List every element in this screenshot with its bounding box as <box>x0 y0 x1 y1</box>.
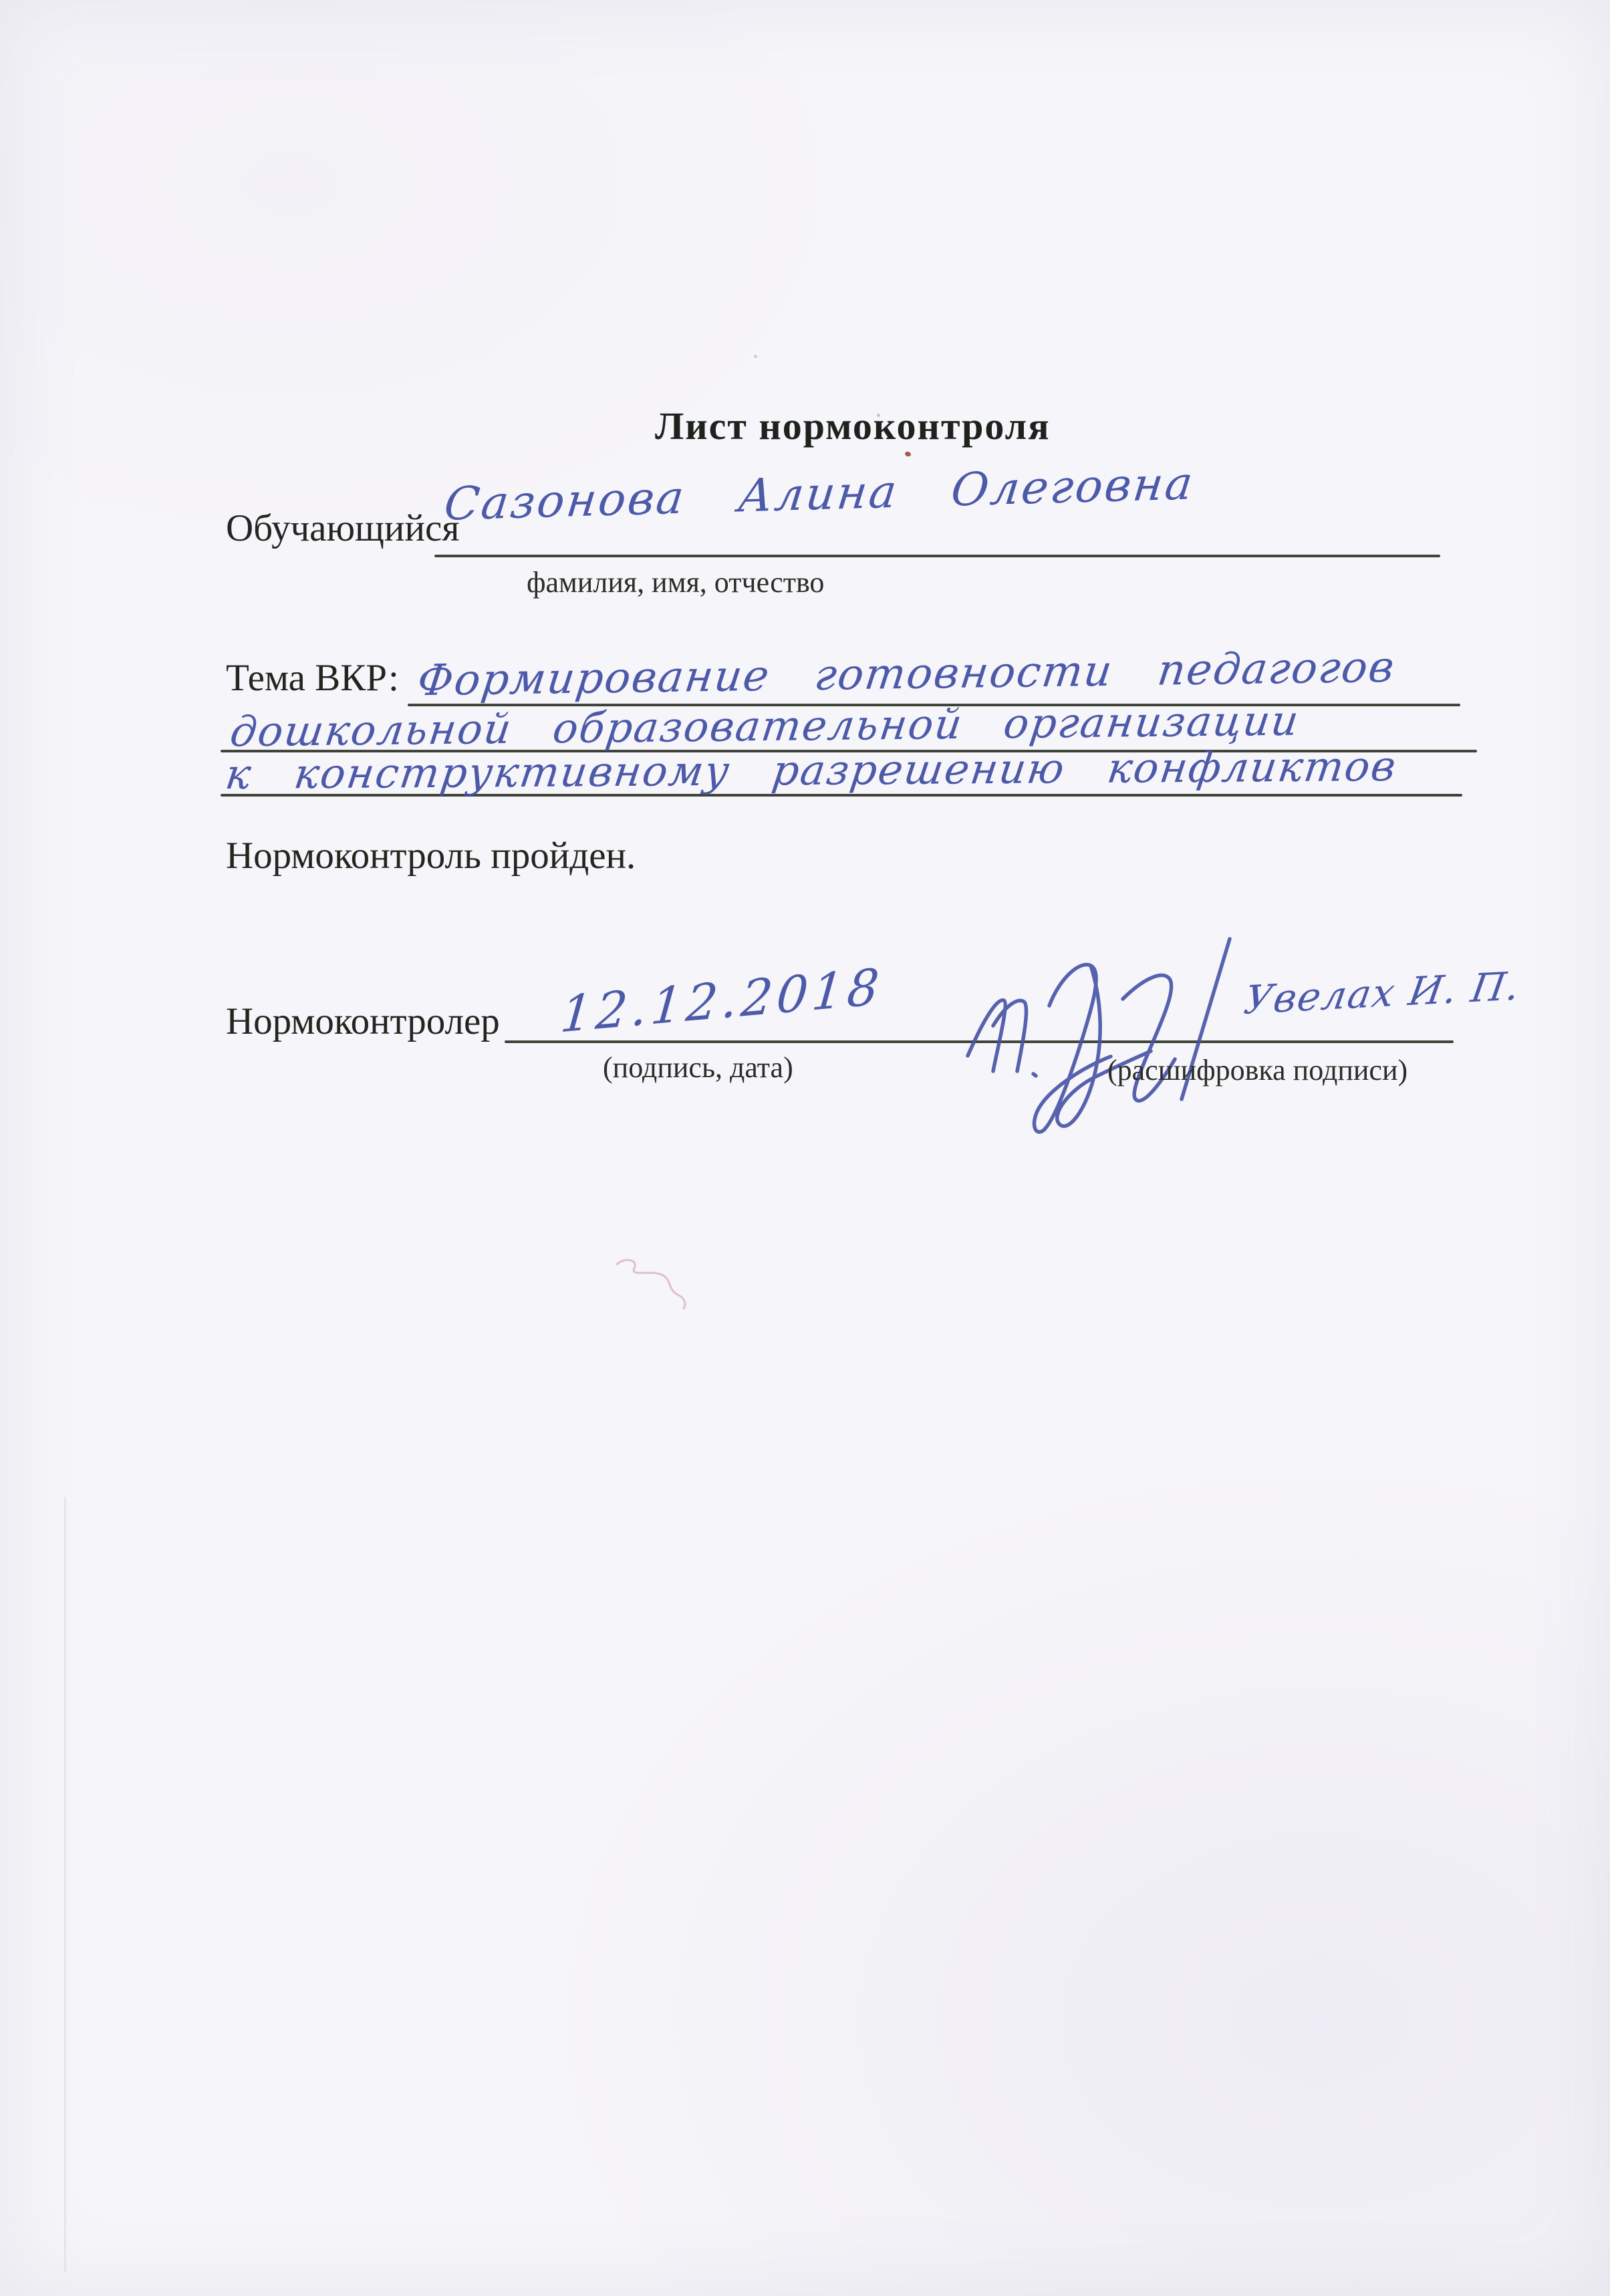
scan-edge-streak <box>64 1497 66 2272</box>
student-label: Обучающийся <box>226 507 459 550</box>
controller-label: Нормоконтролер <box>226 1000 500 1043</box>
signature-scribble <box>949 919 1243 1139</box>
gray-dust-dot <box>754 355 757 358</box>
topic-label: Тема ВКР: <box>226 656 399 700</box>
controller-date-handwriting: 12.12.2018 <box>558 958 885 1044</box>
student-name-underline <box>434 555 1440 557</box>
topic-line3-handwriting: к конструктивному разрешению конфликтов <box>223 742 1400 799</box>
faint-speck <box>877 414 880 417</box>
red-ink-speck <box>904 451 912 458</box>
student-name-handwriting: Сазонова Алина Олеговна <box>442 457 1198 531</box>
caption-signature-date: (подпись, дата) <box>603 1050 793 1085</box>
caption-signature-transcript: (расшифровка подписи) <box>1107 1053 1407 1087</box>
pink-fiber-mark <box>612 1255 692 1315</box>
scanned-document-page: Лист нормоконтроля Обучающийся Сазонова … <box>0 0 1610 2296</box>
page-title: Лист нормоконтроля <box>655 404 1051 448</box>
status-text: Нормоконтроль пройден. <box>226 834 636 877</box>
student-name-caption: фамилия, имя, отчество <box>527 565 824 599</box>
signature-transcript-handwriting: Увелах И. П. <box>1241 963 1524 1023</box>
